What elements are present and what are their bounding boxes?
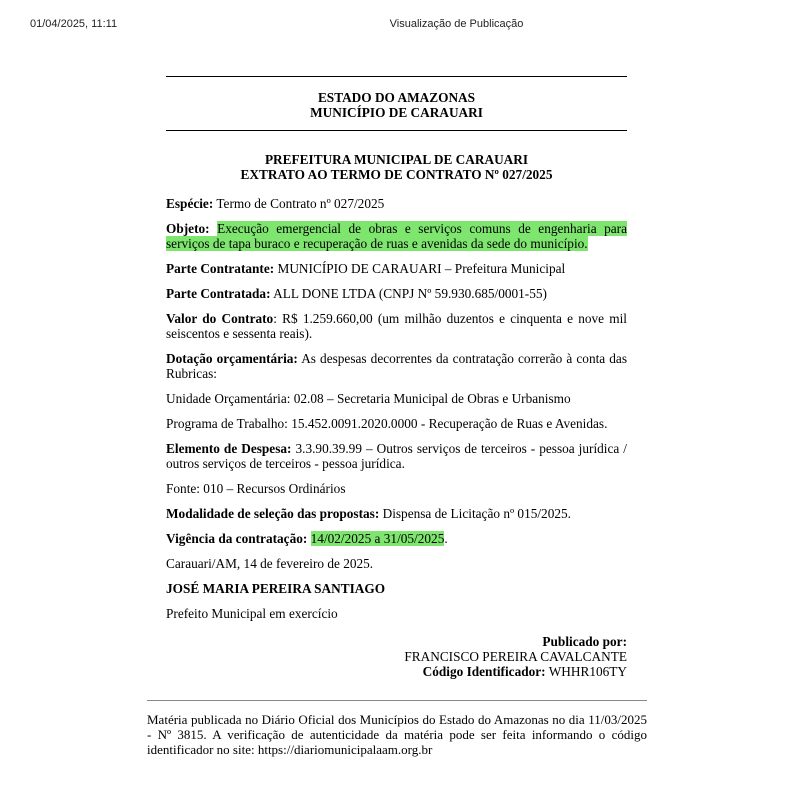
field-valor: Valor do Contrato: R$ 1.259.660,00 (um m…: [166, 311, 627, 341]
field-label: Parte Contratante:: [166, 261, 274, 276]
field-elemento: Elemento de Despesa: 3.3.90.39.99 – Outr…: [166, 441, 627, 471]
signer-name: JOSÉ MARIA PEREIRA SANTIAGO: [166, 581, 627, 596]
field-value: Dispensa de Licitação nº 015/2025.: [379, 506, 571, 521]
footer-note: Matéria publicada no Diário Oficial dos …: [147, 712, 647, 757]
code-label: Código Identificador:: [423, 664, 546, 679]
title-line-1: PREFEITURA MUNICIPAL DE CARAUARI: [166, 152, 627, 167]
header-rule: [166, 130, 627, 131]
top-rule: [166, 76, 627, 77]
field-objeto: Objeto: Execução emergencial de obras e …: [166, 221, 627, 251]
highlighted-value: 14/02/2025 a 31/05/2025: [311, 531, 445, 546]
field-label: Elemento de Despesa:: [166, 441, 291, 456]
field-label: Dotação orçamentária:: [166, 351, 298, 366]
field-modalidade: Modalidade de seleção das propostas: Dis…: [166, 506, 627, 521]
field-value: MUNICÍPIO DE CARAUARI – Prefeitura Munic…: [274, 261, 565, 276]
field-unidade: Unidade Orçamentária: 02.08 – Secretaria…: [166, 391, 627, 406]
field-label: Parte Contratada:: [166, 286, 271, 301]
field-especie: Espécie: Termo de Contrato nº 027/2025: [166, 196, 627, 211]
issuer-heading: ESTADO DO AMAZONAS MUNICÍPIO DE CARAUARI: [166, 90, 627, 120]
print-title: Visualização de Publicação: [0, 18, 789, 30]
field-value: Termo de Contrato nº 027/2025: [213, 196, 384, 211]
field-label: Vigência da contratação:: [166, 531, 307, 546]
document-body: ESTADO DO AMAZONAS MUNICÍPIO DE CARAUARI…: [166, 76, 627, 679]
municipality-name: MUNICÍPIO DE CARAUARI: [166, 105, 627, 120]
field-label: Objeto:: [166, 221, 210, 236]
field-label: Modalidade de seleção das propostas:: [166, 506, 379, 521]
published-by-label: Publicado por:: [542, 634, 627, 649]
field-contratada: Parte Contratada: ALL DONE LTDA (CNPJ Nº…: [166, 286, 627, 301]
document-title: PREFEITURA MUNICIPAL DE CARAUARI EXTRATO…: [166, 152, 627, 182]
field-fonte: Fonte: 010 – Recursos Ordinários: [166, 481, 627, 496]
state-name: ESTADO DO AMAZONAS: [166, 90, 627, 105]
field-programa: Programa de Trabalho: 15.452.0091.2020.0…: [166, 416, 627, 431]
place-date: Carauari/AM, 14 de fevereiro de 2025.: [166, 556, 627, 571]
identifier-code: WHHR106TY: [546, 664, 627, 679]
field-contratante: Parte Contratante: MUNICÍPIO DE CARAUARI…: [166, 261, 627, 276]
title-line-2: EXTRATO AO TERMO DE CONTRATO Nº 027/2025: [166, 167, 627, 182]
field-vigencia: Vigência da contratação: 14/02/2025 a 31…: [166, 531, 627, 546]
signer-role: Prefeito Municipal em exercício: [166, 606, 627, 621]
field-dotacao: Dotação orçamentária: As despesas decorr…: [166, 351, 627, 381]
field-value: ALL DONE LTDA (CNPJ Nº 59.930.685/0001-5…: [271, 286, 547, 301]
publisher-name: FRANCISCO PEREIRA CAVALCANTE: [166, 649, 627, 664]
footer-rule: [147, 700, 647, 701]
publication-info: Publicado por: FRANCISCO PEREIRA CAVALCA…: [166, 634, 627, 679]
punctuation: .: [444, 531, 447, 546]
field-label: Valor do Contrato: [166, 311, 273, 326]
highlighted-value: Execução emergencial de obras e serviços…: [166, 221, 627, 251]
field-label: Espécie:: [166, 196, 213, 211]
